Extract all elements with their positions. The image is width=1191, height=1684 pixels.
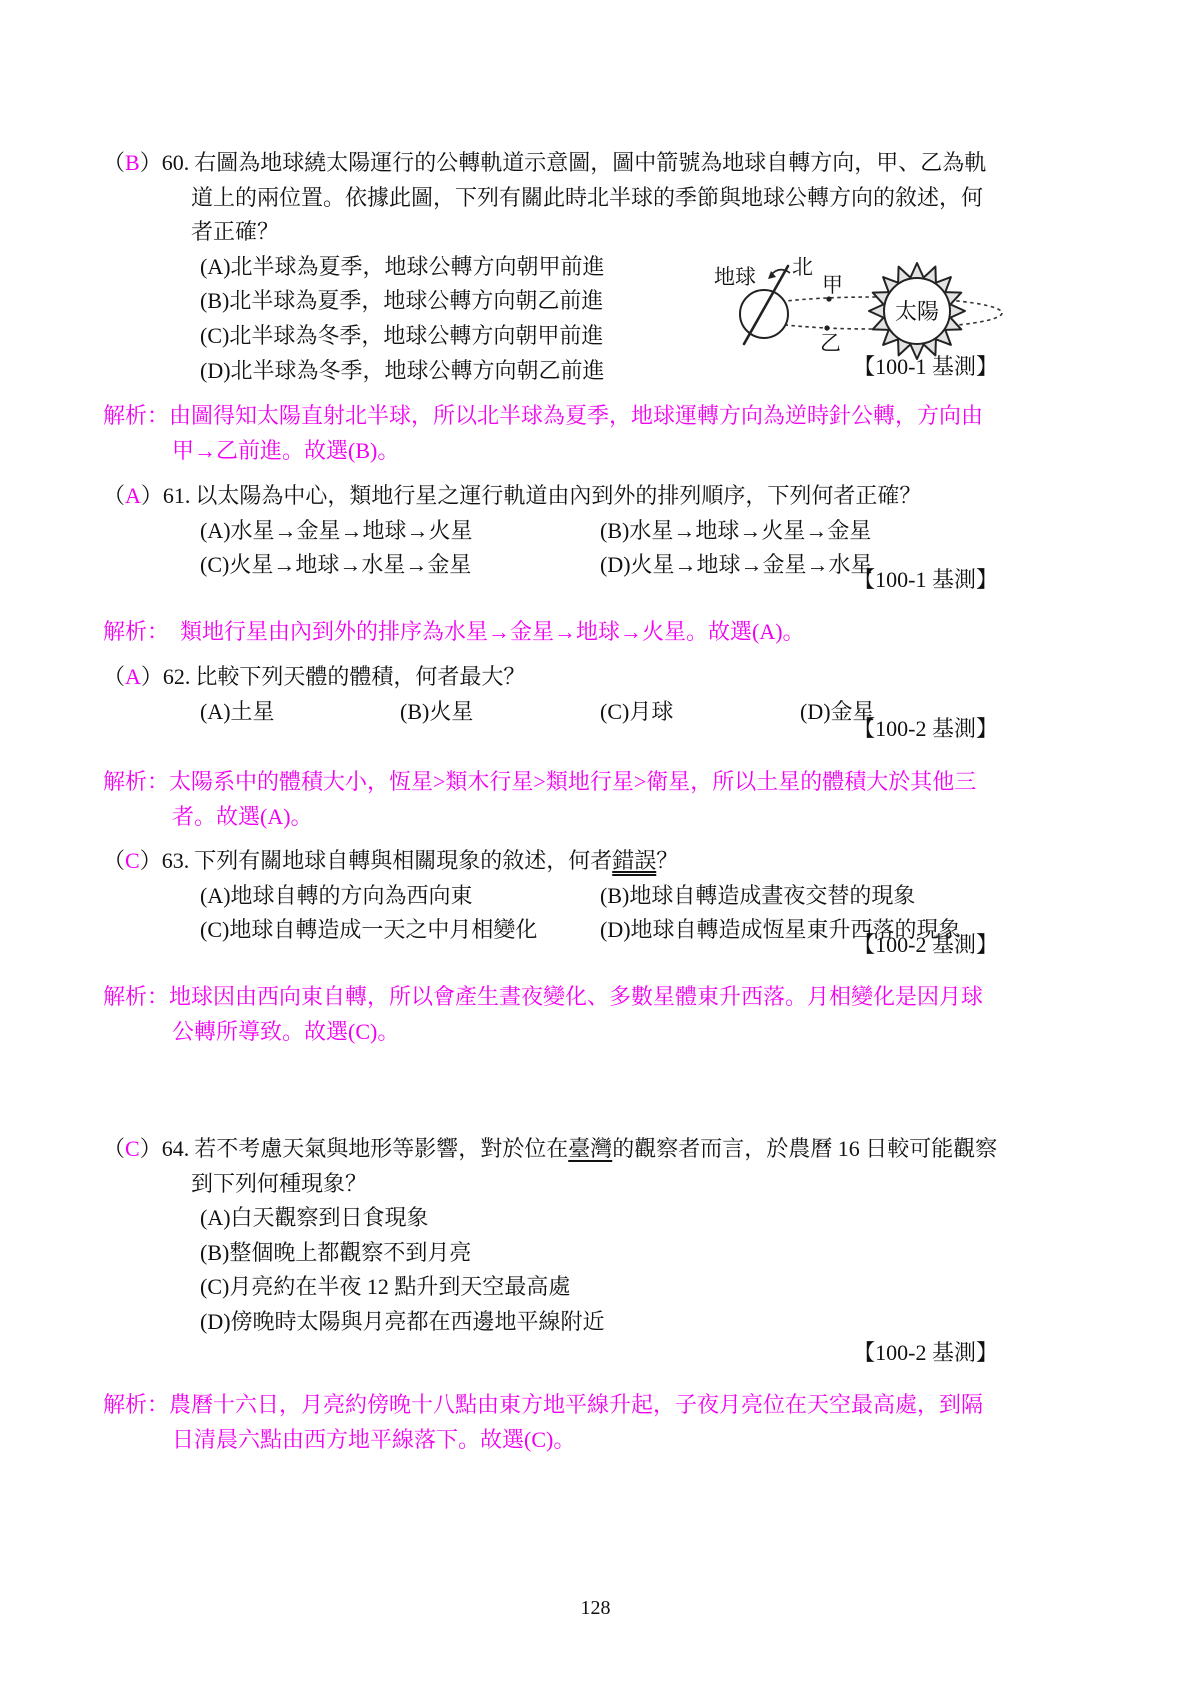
analysis-line: 甲→乙前進。故選(B)。 [103, 434, 983, 469]
question-63-header: （C）63.下列有關地球自轉與相關現象的敘述，何者錯誤？ [103, 844, 961, 879]
exam-page: （B）60.右圖為地球繞太陽運行的公轉軌道示意圖，圖中箭號為地球自轉方向，甲、乙… [0, 0, 1191, 1684]
answer-box-64: （C） [103, 1136, 162, 1161]
question-64: （C）64.若不考慮天氣與地形等影響，對於位在臺灣的觀察者而言，於農曆 16 日… [103, 1132, 997, 1340]
analysis-line: 解析：太陽系中的體積大小，恆星>類木行星>類地行星>衛星，所以土星的體積大於其他… [103, 765, 976, 800]
sun-label: 太陽 [895, 299, 939, 324]
analysis-line: 日清晨六點由西方地平線落下。故選(C)。 [103, 1423, 983, 1458]
point-jia-label: 甲 [822, 273, 843, 297]
question-60-header: （B）60.右圖為地球繞太陽運行的公轉軌道示意圖，圖中箭號為地球自轉方向，甲、乙… [103, 146, 986, 181]
answer-letter-60: B [125, 150, 140, 175]
option-61-a: (A)水星→金星→地球→火星 [200, 514, 600, 549]
option-64-b: (B)整個晚上都觀察不到月亮 [103, 1236, 997, 1271]
analysis-line: 解析：農曆十六日，月亮約傍晚十八點由東方地平線升起，子夜月亮位在天空最高處，到隔 [103, 1388, 983, 1423]
paren-open: （ [103, 483, 125, 508]
source-tag-61: 【100-1 基測】 [103, 565, 998, 595]
paren-close: ） [140, 1136, 162, 1161]
question-number-62: 62. [163, 664, 191, 689]
answer-letter-64: C [125, 1136, 140, 1161]
north-label: 北 [792, 255, 813, 279]
question-61-header: （A）61.以太陽為中心，類地行星之運行軌道由內到外的排列順序，下列何者正確？ [103, 479, 921, 514]
question-62-header: （A）62.比較下列天體的體積，何者最大？ [103, 660, 875, 695]
analysis-64: 解析：農曆十六日，月亮約傍晚十八點由東方地平線升起，子夜月亮位在天空最高處，到隔… [103, 1388, 983, 1457]
source-tag-63: 【100-2 基測】 [103, 930, 998, 960]
answer-box-63: （C） [103, 848, 162, 873]
analysis-line: 解析：地球因由西向東自轉，所以會產生晝夜變化、多數星體東升西落。月相變化是因月球 [103, 980, 983, 1015]
analysis-62: 解析：太陽系中的體積大小，恆星>類木行星>類地行星>衛星，所以土星的體積大於其他… [103, 765, 976, 834]
paren-close: ） [141, 483, 163, 508]
point-jia-dot [826, 296, 831, 301]
answer-letter-63: C [125, 848, 140, 873]
answer-box-62: （A） [103, 664, 163, 689]
stem-line: 以太陽為中心，類地行星之運行軌道由內到外的排列順序，下列何者正確？ [195, 483, 921, 508]
question-number-60: 60. [162, 150, 190, 175]
stem-line: 比較下列天體的體積，何者最大？ [195, 664, 525, 689]
analysis-63: 解析：地球因由西向東自轉，所以會產生晝夜變化、多數星體東升西落。月相變化是因月球… [103, 980, 983, 1049]
option-row: (A)地球自轉的方向為西向東(B)地球自轉造成晝夜交替的現象 [103, 879, 961, 914]
paren-open: （ [103, 1136, 125, 1161]
option-61-b: (B)水星→地球→火星→金星 [600, 518, 871, 543]
analysis-line: 者。故選(A)。 [103, 800, 976, 835]
page-number: 128 [0, 1597, 1191, 1620]
question-64-header: （C）64.若不考慮天氣與地形等影響，對於位在臺灣的觀察者而言，於農曆 16 日… [103, 1132, 997, 1167]
answer-letter-61: A [125, 483, 141, 508]
answer-box-60: （B） [103, 150, 162, 175]
earth-circle [740, 290, 788, 338]
stem-line: 若不考慮天氣與地形等影響，對於位在臺灣的觀察者而言，於農曆 16 日較可能觀察 [194, 1136, 997, 1161]
analysis-label: 解析： [103, 984, 169, 1009]
analysis-line: 解析：由圖得知太陽直射北半球，所以北半球為夏季，地球運轉方向為逆時針公轉，方向由 [103, 399, 983, 434]
source-tag-60: 【100-1 基測】 [103, 352, 998, 382]
emphasized-word: 錯誤 [612, 848, 656, 873]
stem-line: 道上的兩位置。依據此圖，下列有關此時北半球的季節與地球公轉方向的敘述，何 [103, 181, 986, 216]
option-64-a: (A)白天觀察到日食現象 [103, 1201, 997, 1236]
analysis-label: 解析： [103, 769, 169, 794]
source-tag-64: 【100-2 基測】 [103, 1338, 998, 1368]
analysis-61: 解析： 類地行星由內到外的排序為水星→金星→地球→火星。故選(A)。 [103, 615, 805, 650]
paren-open: （ [103, 848, 125, 873]
source-tag-62: 【100-2 基測】 [103, 714, 998, 744]
paren-open: （ [103, 150, 125, 175]
paren-close: ） [141, 664, 163, 689]
analysis-label: 解析： [103, 1392, 169, 1417]
option-64-c: (C)月亮約在半夜 12 點升到天空最高處 [103, 1270, 997, 1305]
option-63-b: (B)地球自轉造成晝夜交替的現象 [600, 883, 915, 908]
paren-close: ） [140, 150, 162, 175]
point-yi-dot [824, 325, 829, 330]
paren-open: （ [103, 664, 125, 689]
stem-line: 右圖為地球繞太陽運行的公轉軌道示意圖，圖中箭號為地球自轉方向，甲、乙為軌 [194, 150, 986, 175]
question-number-63: 63. [162, 848, 190, 873]
question-number-64: 64. [162, 1136, 190, 1161]
underlined-word: 臺灣 [568, 1136, 612, 1161]
analysis-line: 解析： 類地行星由內到外的排序為水星→金星→地球→火星。故選(A)。 [103, 615, 805, 650]
option-63-a: (A)地球自轉的方向為西向東 [200, 879, 600, 914]
stem-line: 下列有關地球自轉與相關現象的敘述，何者錯誤？ [194, 848, 678, 873]
question-number-61: 61. [163, 483, 191, 508]
analysis-60: 解析：由圖得知太陽直射北半球，所以北半球為夏季，地球運轉方向為逆時針公轉，方向由… [103, 399, 983, 468]
option-64-d: (D)傍晚時太陽與月亮都在西邊地平線附近 [103, 1305, 997, 1340]
analysis-label: 解析： [103, 619, 158, 644]
paren-close: ） [140, 848, 162, 873]
earth-label: 地球 [714, 265, 756, 289]
stem-line: 到下列何種現象？ [103, 1167, 997, 1202]
analysis-line: 公轉所導致。故選(C)。 [103, 1015, 983, 1050]
answer-box-61: （A） [103, 483, 163, 508]
option-row: (A)水星→金星→地球→火星(B)水星→地球→火星→金星 [103, 514, 921, 549]
analysis-label: 解析： [103, 403, 169, 428]
answer-letter-62: A [125, 664, 141, 689]
